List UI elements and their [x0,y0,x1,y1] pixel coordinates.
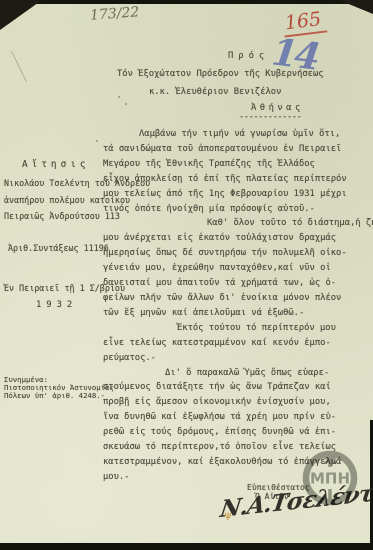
body-line: προβῇ εἰς ἄμεσον οἰκονομικήν ἐνίσχυσίν μ… [103,395,371,410]
body-line: φείλων πλήν τῶν ἄλλων δι' ἐνοίκια μόνον … [103,291,371,306]
scanned-letter-page: 173/22 165 14 Πρός Τόν Ἐξοχώτατον Πρόεδρ… [0,0,373,550]
body-line: ρεθῶ εἰς τούς δρόμους, ἐπίσης δυνηθῶ νά … [103,425,371,440]
recipient-line2: κ.κ. Ἐλευθέριον Βενιζέλον [149,87,281,97]
recipient-line1: Τόν Ἐξοχώτατον Πρόεδρον τῆς Κυβερνήσεως [117,69,324,79]
archive-stamp: ΜΠΗ [301,449,359,507]
scan-edge-bottom [0,543,373,550]
body-line: τινός ὁπότε ἠνοίχθη μία πρόσοψίς αὐτοῦ.- [103,202,371,217]
body-line: Ἐκτός τούτου τό περίπτερόν μου [103,321,371,336]
petition-title: Αἴτησις [22,159,90,170]
orange-check-mark: ψ [224,510,232,521]
body-line: μου ἀνέρχεται εἰς ἑκατόν τοὐλάχιστον δρα… [103,231,371,246]
date-year: 1932 [36,300,77,310]
body-line: ἡμερησίως ὅπως δέ συντηρήσω τήν πολυμελῆ… [103,246,371,261]
body-line: γένειάν μου, ἐχρεώθην πανταχόθεν,καί νῦν… [103,261,371,276]
body-line: εἶνε τελείως κατεστραμμένον καί κενόν ἐμ… [103,336,371,351]
body-line: τῶν ἕξ μηνῶν καί ἀπειλοῦμαι νά ἐξωθῶ.- [103,306,371,321]
body-line: Μεγάρου τῆς Ἐθνικῆς Τραπέζης τῆς Ἑλλάδος [103,157,371,172]
body-line: ρεύματος.- [103,351,371,366]
body-line: τά σανιδώματα τοῦ ἀποπερατουμένου ἐν Πει… [103,142,371,157]
body-line: μου τελείως ἀπό τῆς 1ης Φεβρουαρίου 1931… [103,187,371,202]
stamp-letters: ΜΠΗ [310,470,350,488]
recipient-underline: ------------- [239,112,301,122]
recipient-salutation: Πρός [228,51,269,61]
attachments-line2: Πόλεων ὑπ' ἀριθ. 4248.- [4,391,105,400]
paper-speck [96,140,98,142]
archive-number-pencil: 173/22 [90,4,140,23]
body-line: δανεισταί μου ἀπαιτοῦν τά χρήματά των, ὡ… [103,276,371,291]
body-line: στούμενος διατάξητε τήν ὡς ἄνω Τράπεζαν … [103,380,371,395]
body-line: εἶχον ἀποκλείσῃ τό ἐπί τῆς πλατείας περί… [103,172,371,187]
body-line: Λαμβάνω τήν τιμήν νά γνωρίσω ὑμῖν ὅτι, [103,127,371,142]
paper-speck [118,96,120,98]
body-line: Δι' ὅ παρακαλῶ Ὑμᾶς ὅπως εὐαρε- [103,366,371,381]
pension-number: Ἀριθ.Συντάξεως 11196 [8,243,109,253]
scan-edge-top [0,0,373,4]
paper-speck [125,103,127,105]
body-line: Καθ' ὅλον τοῦτο τό διάστημα,ἡ ζημία [103,216,371,231]
body-line: ἵνα δυνηθῶ καί ἐξωφλήσω τά χρέη μου πρίν… [103,410,371,425]
letter-body: Λαμβάνω τήν τιμήν νά γνωρίσω ὑμῖν ὅτι, τ… [103,127,371,485]
